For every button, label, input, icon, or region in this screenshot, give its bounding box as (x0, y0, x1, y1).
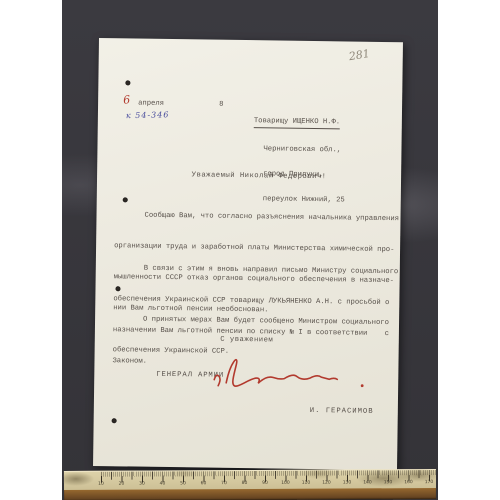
ruler-number: 150 (384, 480, 393, 485)
ruler-number: 110 (302, 481, 311, 486)
signatory-name: И. ГЕРАСИМОВ (310, 407, 374, 417)
recipient-name: Товарищу ИЩЕНКО Н.Ф. (254, 117, 340, 129)
date-year-fragment: 8 (219, 101, 223, 110)
ruler-number: 170 (425, 480, 434, 485)
signature-scrawl (204, 350, 370, 404)
ruler-number: 20 (119, 482, 125, 487)
scanned-photo-canvas: 281 6 апреля 8 к 54-346 Товарищу ИЩЕНКО … (0, 0, 500, 500)
ruler-number: 120 (322, 481, 331, 486)
archive-page-number: 281 (348, 47, 371, 63)
tabletop-photo: 281 6 апреля 8 к 54-346 Товарищу ИЩЕНКО … (62, 0, 438, 500)
salutation: Уважаемый Николай Федорович! (97, 170, 411, 183)
ruler-number: 50 (180, 481, 186, 486)
ruler-number: 70 (221, 481, 227, 486)
ruler-number: 160 (404, 480, 413, 485)
wooden-ruler: 10 20 30 40 50 60 70 80 90 100 110 120 1… (64, 469, 436, 500)
handwritten-day: 6 (123, 93, 131, 107)
ruler-number: 100 (281, 481, 290, 486)
ruler-number: 140 (363, 480, 372, 485)
punch-hole (112, 418, 117, 423)
date-month: апреля (138, 100, 164, 109)
ruler-number: 90 (262, 481, 268, 486)
ruler-wood-edge (64, 488, 436, 500)
ruler-number: 40 (160, 481, 166, 486)
ruler-number: 80 (242, 481, 248, 486)
letter-line: О принятых мерах Вам будет сообщено Мини… (113, 313, 389, 330)
letter-page: 281 6 апреля 8 к 54-346 Товарищу ИЩЕНКО … (93, 38, 403, 470)
letter-line: Сообщаю Вам, что согласно разъяснения на… (114, 209, 390, 226)
letter-line: В связи с этим я вновь направил письмо М… (114, 262, 390, 279)
handwritten-reference-number: к 54-346 (126, 110, 170, 120)
ruler-number: 60 (201, 481, 207, 486)
ruler-number: 130 (343, 480, 352, 485)
ruler-number: 10 (98, 482, 104, 487)
punch-hole (125, 80, 130, 85)
ruler-number: 30 (139, 482, 145, 487)
address-line: Черниговская обл., (263, 146, 345, 155)
